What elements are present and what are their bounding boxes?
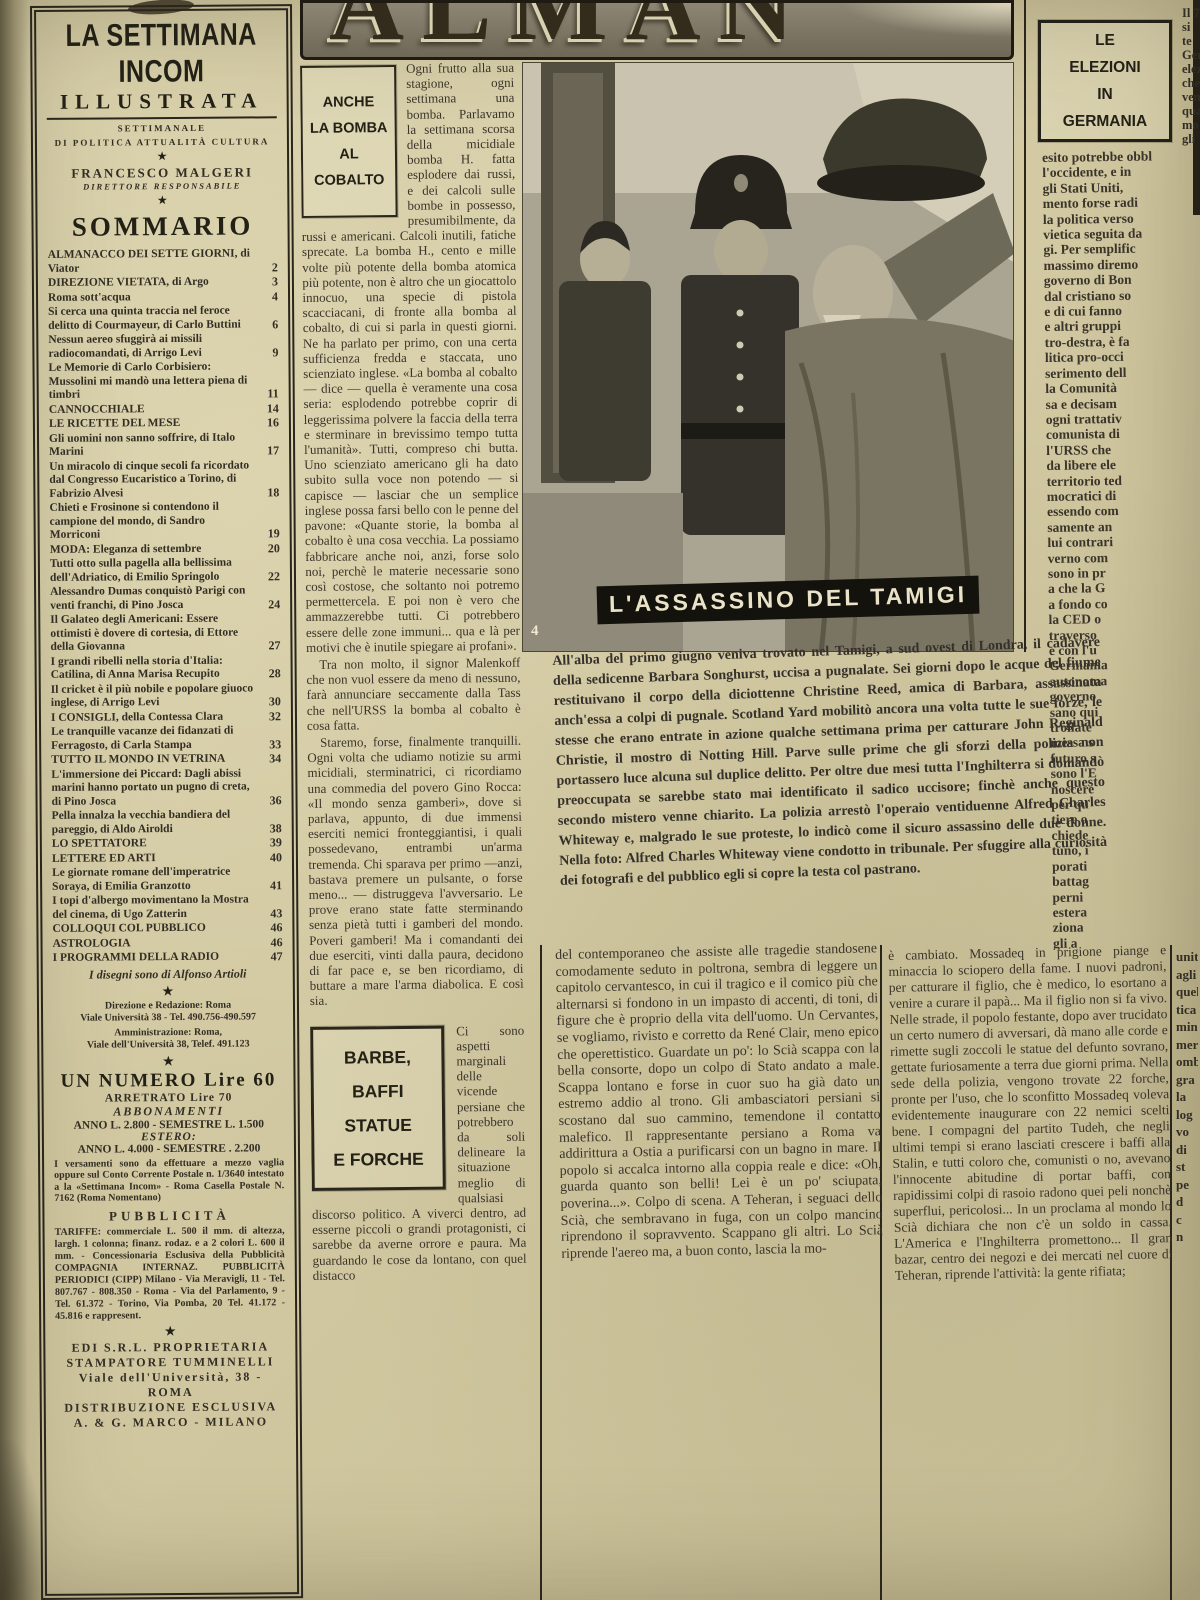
sommario-item: ALMANACCO DEI SETTE GIORNI, di Viator2 [48,247,278,276]
sommario-item-page: 41 [260,879,282,893]
sommario-item-page: 30 [259,695,281,709]
sommario-item: I grandi ribelli nella storia d'Italia: … [51,654,281,683]
article-mossadeq: è cambiato. Mossadeq in prigione piange … [888,942,1180,1600]
director-role: DIRETTORE RESPONSABILE [47,180,277,192]
sommario-item-page: 32 [259,710,281,724]
star-icon: ★ [55,1324,285,1338]
section-label-barbe: BARBE, BAFFI STATUE E FORCHE [310,1025,446,1190]
sommario-item-title: Il cricket è il più nobile e popolare gi… [51,682,259,710]
sommario-item-title: Un miracolo di cinque secoli fa ricordat… [49,459,257,501]
sommario-item: Alessandro Dumas conquistò Parigi con ve… [50,584,280,613]
article-cobalt-bomb: ANCHE LA BOMBA AL COBALTO Ogni frutto al… [300,60,530,1600]
page-edge-left [0,0,28,1600]
sommario-item-page: 24 [258,598,280,612]
sommario-item: Le Memorie di Carlo Corbisiero: Mussolin… [48,360,278,402]
sommario-list: ALMANACCO DEI SETTE GIORNI, di Viator2DI… [48,247,283,965]
sommario-item-page: 40 [260,851,282,865]
sommario-item: L'immersione dei Piccard: Dagli abissi m… [51,767,281,809]
publisher-block: ★ Direzione e Redazione: Roma Viale Univ… [53,984,286,1431]
section-label-elezioni: LE ELEZIONI IN GERMANIA [1038,20,1172,142]
sommario-item-title: Le giornate romane dell'imperatrice Sora… [52,865,260,893]
sommario-item-page: 17 [257,444,279,458]
sommario-item-page: 2 [256,261,278,275]
sommario-item-title: MODA: Eleganza di settembre [50,542,258,557]
sommario-item-title: CANNOCCHIALE [49,402,257,417]
sommario-item-title: LO SPETTATORE [52,836,260,851]
sommario-item: CANNOCCHIALE14 [49,402,279,417]
sommario-item: Chieti e Frosinone si contendono il camp… [49,500,279,542]
sommario-item: I CONSIGLI, della Contessa Clara32 [51,710,281,725]
article-elezioni-germania: esito potrebbe obbl l'occidente, e in gl… [1042,148,1200,950]
sommario-item-page: 4 [256,290,278,304]
sommario-item-title: LETTERE ED ARTI [52,851,260,866]
magazine-subtitle: ILLUSTRATA [47,88,277,120]
sommario-item-page: 14 [257,402,279,416]
sommario-item-page: 34 [259,752,281,766]
sommario-item-title: Pella innalza la vecchia bandiera del pa… [52,808,260,836]
sommario-item: COLLOQUI COL PUBBLICO46 [52,921,282,936]
sommario-item-page: 36 [260,794,282,808]
sommario-item-title: I grandi ribelli nella storia d'Italia: … [51,654,259,682]
sommario-item-page: 16 [257,416,279,430]
publisher-imprint: EDI S.R.L. PROPRIETARIA STAMPATORE TUMMI… [55,1339,286,1431]
sommario-item: Il cricket è il più nobile e popolare gi… [51,682,281,711]
sommario-item: DIREZIONE VIETATA, di Argo3 [48,275,278,290]
sommario-item-page: 27 [258,639,280,653]
director-name: FRANCESCO MALGERI [47,164,277,182]
sommario-item-page: 18 [257,486,279,500]
sommario-item-page: 33 [259,738,281,752]
sommario-item-page: 47 [261,950,283,964]
sommario-item-title: Roma sott'acqua [48,290,256,305]
sommario-item-title: Alessandro Dumas conquistò Parigi con ve… [50,584,258,612]
sommario-item-title: I CONSIGLI, della Contessa Clara [51,710,259,725]
sommario-item-title: Il Galateo degli Americani: Essere ottim… [50,612,258,654]
section-label-bomba: ANCHE LA BOMBA AL COBALTO [300,65,398,218]
magazine-title: LA SETTIMANA INCOM [46,17,277,91]
sommario-item-title: Le Memorie di Carlo Corbisiero: Mussolin… [48,360,256,402]
sommario-item-page: 3 [256,275,278,289]
star-icon: ★ [53,984,283,998]
sommario-item: MODA: Eleganza di settembre20 [50,542,280,557]
sommario-item-title: Tutti otto sulla pagella alla bellissima… [50,556,258,584]
photo-index-number: 4 [531,623,539,640]
sommario-item: Nessun aereo sfuggirà ai missili radioco… [48,332,278,361]
clipped-text-strip: unita agli quel tica min mer omb gra la … [1176,948,1198,1598]
sommario-item: LE RICETTE DEL MESE16 [49,416,279,431]
sommario-item-title: I topi d'albergo movimentano la Mostra d… [52,893,260,921]
sommario-item-title: Nessun aereo sfuggirà ai missili radioco… [48,332,256,360]
banner-highlight [841,3,1011,37]
masthead-tagline-1: SETTIMANALE [47,122,277,134]
sommario-item: Le tranquille vacanze dei fidanzati di F… [51,724,281,753]
sommario-item-page: 38 [260,822,282,836]
masthead-tagline-2: DI POLITICA ATTUALITÀ CULTURA [47,136,277,148]
star-icon: ★ [53,1054,283,1068]
article-paragraph: Staremo, forse, finalmente tranquilli. O… [307,733,524,1009]
sommario-item-title: Gli uomini non sanno soffrire, di Italo … [49,431,257,459]
editorial-address: Direzione e Redazione: Roma Viale Univer… [53,999,283,1026]
sommario-item-page: 11 [257,387,279,401]
left-panel: LA SETTIMANA INCOM ILLUSTRATA SETTIMANAL… [30,4,303,1600]
sommario-item: LO SPETTATORE39 [52,836,282,851]
star-icon: ★ [47,193,277,207]
sommario-item-page: 19 [258,527,280,541]
illustrations-credit: I disegni sono di Alfonso Artioli [53,966,283,983]
sommario-item: Le giornate romane dell'imperatrice Sora… [52,865,282,894]
sommario-item-title: I PROGRAMMI DELLA RADIO [53,950,261,965]
article-paragraph: Tra non molto, il signor Malenkoff che n… [306,655,521,733]
sommario-item: Un miracolo di cinque secoli fa ricordat… [49,459,279,501]
sommario-item-page: 22 [258,570,280,584]
sommario-item: I topi d'albergo movimentano la Mostra d… [52,893,282,922]
payment-instructions: I versamenti sono da effettuare a mezzo … [54,1157,284,1205]
sommario-title: SOMMARIO [47,210,277,243]
sommario-item-page: 20 [258,542,280,556]
sommario-item-title: DIREZIONE VIETATA, di Argo [48,275,256,290]
sommario-item-page: 43 [260,907,282,921]
sommario-item-title: Chieti e Frosinone si contendono il camp… [49,500,257,542]
subscription-abroad: ANNO L. 4.000 - SEMESTRE . 2.200 [54,1142,284,1156]
news-photo: L'ASSASSINO DEL TAMIGI 4 [522,62,1014,652]
sommario-item-page: 39 [260,836,282,850]
clipped-text-fragment: Il 7 si te Ger elez che ven qua mo gli t… [1182,6,1200,146]
article-persia-cervantes: del contemporaneo che assiste alle trage… [555,941,891,1600]
sommario-item-page: 9 [256,346,278,360]
sommario-item-title: TUTTO IL MONDO IN VETRINA [51,752,259,767]
advertising-title: PUBBLICITÀ [54,1207,284,1225]
sommario-item-title: Si cerca una quinta traccia nel feroce d… [48,304,256,332]
column-rule [1024,0,1026,652]
sommario-item: LETTERE ED ARTI40 [52,851,282,866]
sommario-item: Roma sott'acqua4 [48,290,278,305]
photo-illustration [523,63,1014,652]
masthead: LA SETTIMANA INCOM ILLUSTRATA SETTIMANAL… [46,24,278,243]
sommario-item: Il Galateo degli Americani: Essere ottim… [50,612,280,654]
subscriptions-title: ABBONAMENTI [54,1103,284,1120]
sommario-item-title: Le tranquille vacanze dei fidanzati di F… [51,724,259,752]
magazine-page: LA SETTIMANA INCOM ILLUSTRATA SETTIMANAL… [0,0,1200,1600]
sommario-item-title: LE RICETTE DEL MESE [49,416,257,431]
column-rule [540,945,542,1600]
sommario-item: ASTROLOGIA46 [53,936,283,951]
advertising-rates: TARIFFE: commerciale L. 500 il mm. di al… [55,1225,286,1323]
sommario-item: Pella innalza la vecchia bandiera del pa… [52,808,282,837]
issue-price: UN NUMERO Lire 60 [53,1069,283,1093]
sommario-item-title: ALMANACCO DEI SETTE GIORNI, di Viator [48,247,256,275]
star-icon: ★ [47,149,277,163]
photo-caption-text: All'alba del primo giugno veniva trovato… [552,633,1110,942]
sommario-item-page: 46 [260,921,282,935]
sommario-item: Si cerca una quinta traccia nel feroce d… [48,304,278,333]
subscription-domestic: ANNO L. 2.800 - SEMESTRE L. 1.500 [54,1118,284,1132]
page-edge-corner [0,1440,46,1600]
sommario-item-page: 6 [256,318,278,332]
sommario-item-title: ASTROLOGIA [53,936,261,951]
sommario-item-title: COLLOQUI COL PUBBLICO [52,921,260,936]
sommario-item: I PROGRAMMI DELLA RADIO47 [53,950,283,965]
sommario-item: Gli uomini non sanno soffrire, di Italo … [49,431,279,460]
sommario-item: Tutti otto sulla pagella alla bellissima… [50,556,280,585]
sommario-item-title: L'immersione dei Piccard: Dagli abissi m… [51,767,259,809]
sommario-item: TUTTO IL MONDO IN VETRINA34 [51,752,281,767]
administration-address: Amministrazione: Roma, Viale dell'Univer… [53,1026,283,1053]
almanacco-banner: ALMAN [300,0,1014,60]
sommario-item-page: 28 [259,667,281,681]
sommario-item-page: 46 [260,936,282,950]
